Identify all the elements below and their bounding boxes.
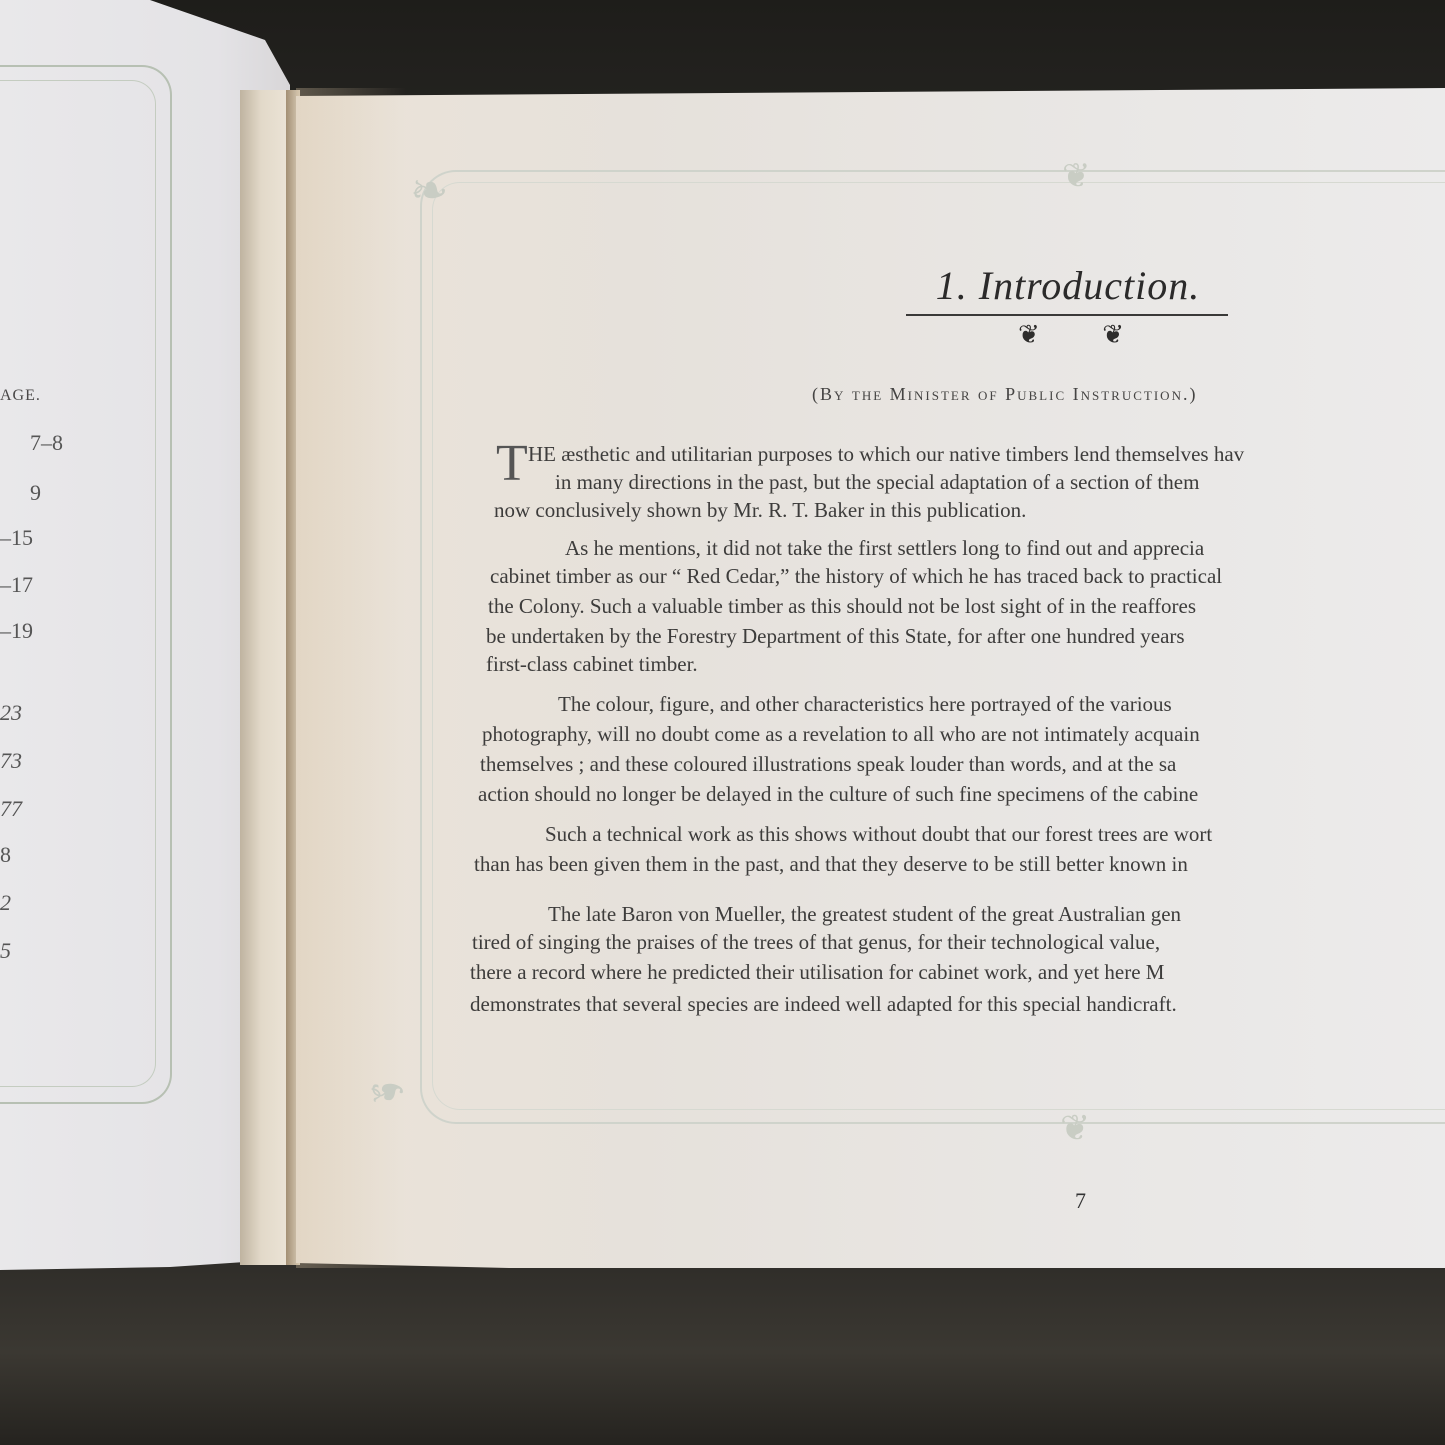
fleuron-ornament-icon: ❦ ❦: [1018, 320, 1152, 350]
toc-page-ref: 9: [30, 480, 41, 506]
top-center-ornament-icon: ❦: [1062, 160, 1091, 194]
page-number: 7: [1075, 1188, 1086, 1214]
chapter-title: 1. Introduction.: [908, 262, 1228, 309]
paragraph-line: HE æsthetic and utilitarian purposes to …: [528, 442, 1244, 467]
toc-page-ref: 2: [0, 890, 11, 916]
toc-page-ref: –15: [0, 525, 33, 551]
background-table-surface: [0, 1260, 1445, 1445]
paragraph-line: demonstrates that several species are in…: [470, 992, 1177, 1017]
paragraph-line: tired of singing the praises of the tree…: [472, 930, 1160, 955]
paragraph-line: photography, will no doubt come as a rev…: [482, 722, 1200, 747]
toc-page-ref: 7–8: [30, 430, 63, 456]
paragraph-line: there a record where he predicted their …: [470, 960, 1164, 985]
paragraph-line: The late Baron von Mueller, the greatest…: [548, 902, 1181, 927]
title-underline: [906, 314, 1228, 316]
drop-cap: T: [496, 438, 528, 490]
paragraph-line: As he mentions, it did not take the firs…: [565, 536, 1204, 561]
paragraph-line: than has been given them in the past, an…: [474, 852, 1188, 877]
paragraph-line: the Colony. Such a valuable timber as th…: [488, 594, 1196, 619]
paragraph-line: now conclusively shown by Mr. R. T. Bake…: [494, 498, 1026, 523]
toc-page-ref: 8: [0, 842, 11, 868]
paragraph-line: be undertaken by the Forestry Department…: [486, 624, 1185, 649]
corner-scroll-ornament-icon: ❧: [368, 1068, 407, 1114]
toc-page-column-header: AGE.: [0, 387, 41, 405]
paragraph-line: cabinet timber as our “ Red Cedar,” the …: [490, 564, 1222, 589]
paragraph-line: in many directions in the past, but the …: [555, 470, 1199, 495]
corner-scroll-ornament-icon: ❧: [410, 168, 449, 214]
paragraph-line: Such a technical work as this shows with…: [545, 822, 1212, 847]
paragraph-line: themselves ; and these coloured illustra…: [480, 752, 1176, 777]
paragraph-line: first-class cabinet timber.: [486, 652, 698, 677]
paragraph-line: The colour, figure, and other characteri…: [558, 692, 1172, 717]
chapter-byline: (By the Minister of Public Instruction.): [812, 384, 1197, 405]
paragraph-line: action should no longer be delayed in th…: [478, 782, 1198, 807]
toc-page-ref: 73: [0, 748, 22, 774]
toc-page-ref: 23: [0, 700, 22, 726]
bottom-center-ornament-icon: ❦: [1060, 1110, 1090, 1146]
toc-page-ref: –19: [0, 618, 33, 644]
toc-page-ref: 77: [0, 796, 22, 822]
toc-page-ref: 5: [0, 938, 11, 964]
toc-page-ref: –17: [0, 572, 33, 598]
